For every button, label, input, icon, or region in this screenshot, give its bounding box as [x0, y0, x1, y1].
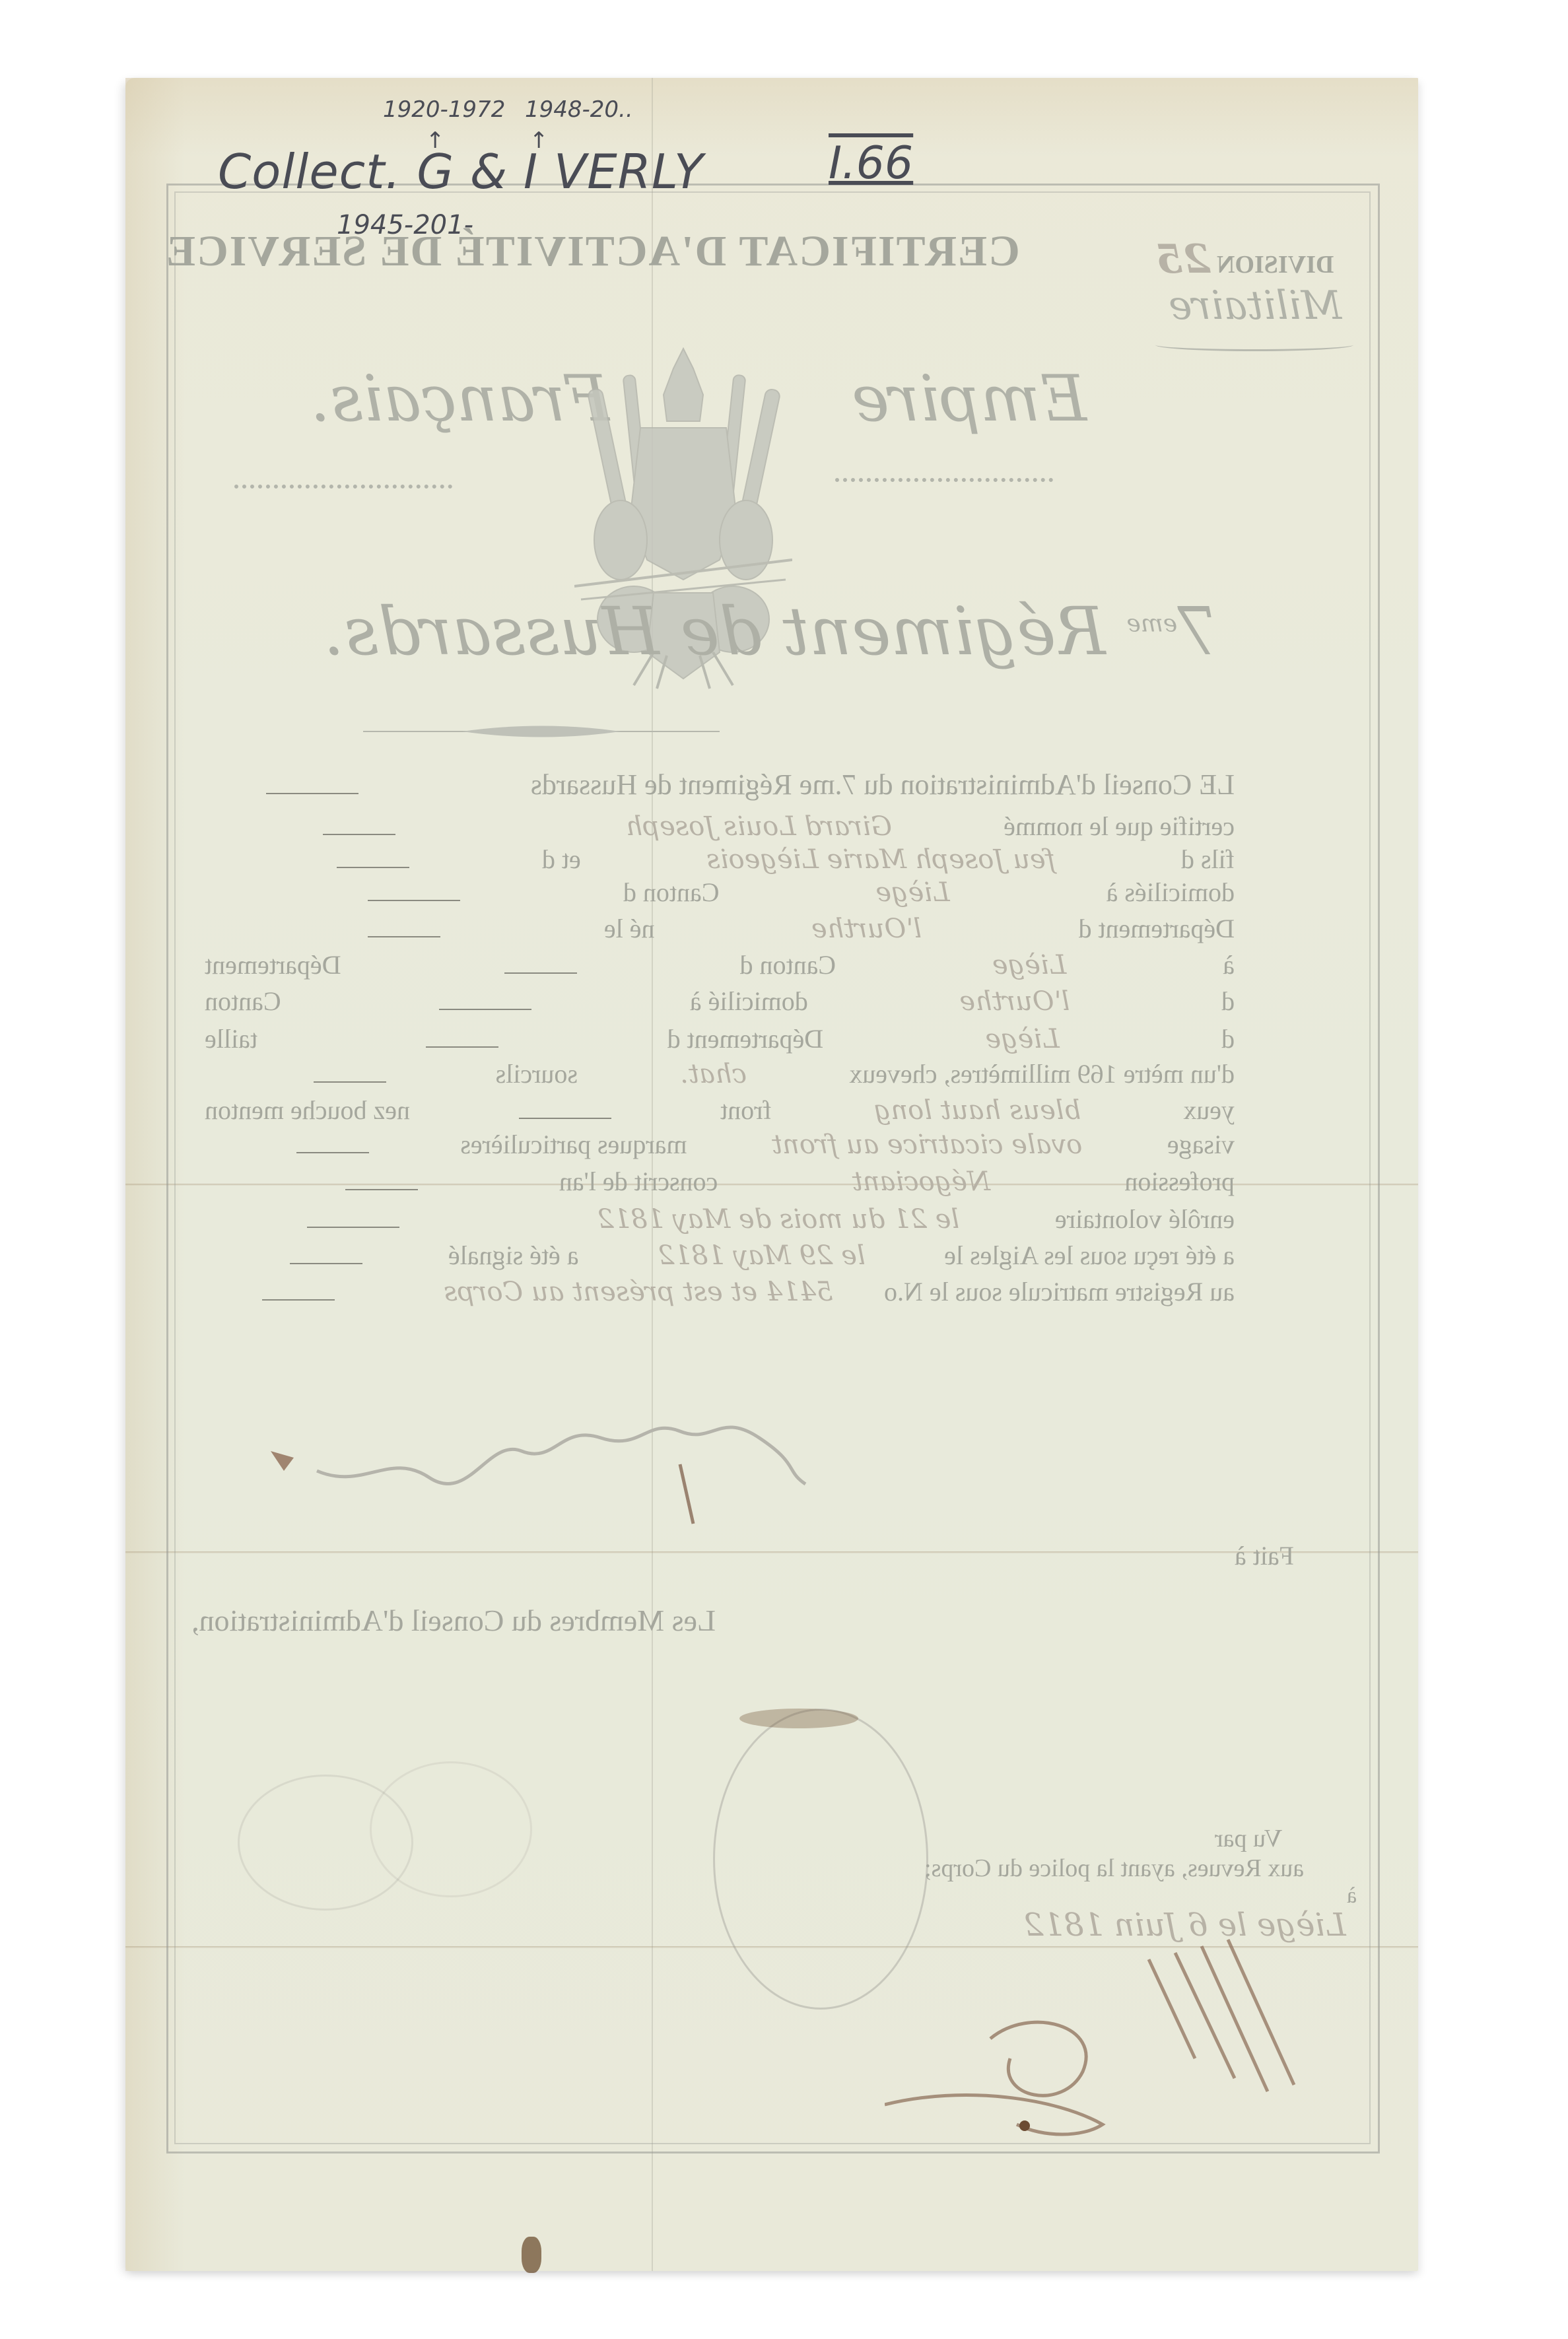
fait-a-text: Fait à: [1235, 1540, 1294, 1571]
body-row-content: au Registre matricule sous le N.o5414 et…: [205, 1276, 1235, 1307]
pencil-dates-i: 1948-20..: [525, 96, 633, 123]
form-blank-line: [262, 1299, 335, 1301]
row-tail-label: et d: [542, 844, 581, 875]
body-row-content: certifie que le nomméGirard Louis Joseph: [205, 811, 1235, 842]
body-row: professionNégociantconscrit de l'an: [205, 1166, 1235, 1197]
a-label: à: [1347, 1883, 1357, 1909]
division-militaire-text: Militaire: [1169, 283, 1342, 329]
handwritten-fill: Négociant: [852, 1167, 990, 1197]
form-blank-line: [323, 834, 395, 835]
certificate-paper: 1920-1972 1948-20.. ↑ ↑ Collect. G & I V…: [125, 78, 1418, 2271]
francais-text: Français.: [310, 362, 609, 436]
body-row: LE Conseil d'Administration du 7.me Régi…: [205, 768, 1235, 801]
handwritten-fill: l'Ourthe: [959, 986, 1070, 1017]
row-label: d'un mètre 169 millimètres, cheveux: [849, 1058, 1235, 1089]
pencil-dates-g: 1920-1972: [383, 96, 505, 123]
division-word: DIVISION: [1217, 251, 1334, 279]
handwritten-fill: Girard Louis Joseph: [626, 811, 892, 842]
body-row: Département dl'Ourthené le: [205, 913, 1235, 944]
body-row: fils dfeu Joseph Marie Liègeoiset d: [205, 844, 1235, 875]
handwritten-fill: Liège: [875, 877, 949, 908]
form-blank-line: [368, 900, 460, 901]
row-tail-label: Département d: [667, 1023, 824, 1054]
row-tail-label: Canton d: [739, 949, 836, 980]
row-label: fils d: [1181, 844, 1235, 875]
division-flourish: [1155, 339, 1353, 351]
row-tail-label: conscrit de l'an: [559, 1166, 718, 1197]
body-row-content: enrôlé volontairele 21 du mois de May 18…: [205, 1203, 1235, 1235]
body-row-content: dLiègeDépartement dtaille: [205, 1023, 1235, 1054]
body-row-content: dl'Ourthedomicilié àCanton: [205, 986, 1235, 1017]
body-row-content: d'un mètre 169 millimètres, cheveuxchat.…: [205, 1058, 1235, 1089]
body-row: dl'Ourthedomicilié àCanton: [205, 986, 1235, 1017]
division-number: 25: [1155, 236, 1211, 283]
regiment-number: 7: [1177, 593, 1219, 670]
division-label: DIVISION 25: [1155, 236, 1334, 283]
row-end-label: Département: [205, 949, 341, 980]
handwritten-fill: ovale cicatrice au front: [772, 1130, 1082, 1160]
row-label: a été reçu sous les Aigles le: [944, 1240, 1235, 1271]
revues-line: aux Revues, ayant la police du Corps;: [924, 1854, 1304, 1883]
vu-par-text: Vu par: [1215, 1824, 1282, 1853]
form-blank-line: [439, 1009, 531, 1010]
empire-word: Empire: [852, 362, 1087, 436]
body-row-content: visageovale cicatrice au frontmarques pa…: [205, 1129, 1235, 1160]
row-label: à: [1223, 949, 1235, 980]
handwritten-fill: le 21 du mois de May 1812: [597, 1204, 959, 1235]
form-blank-line: [290, 1263, 362, 1264]
body-row-content: professionNégociantconscrit de l'an: [205, 1166, 1235, 1197]
form-blank-line: [314, 1081, 386, 1083]
body-row-content: fils dfeu Joseph Marie Liègeoiset d: [205, 844, 1235, 875]
body-row: a été reçu sous les Aigles lele 29 May 1…: [205, 1240, 1235, 1271]
body-row: domiciliés àLiègeCanton d: [205, 877, 1235, 908]
certificate-title: CERTIFICAT D'ACTIVITÉ DE SERVICE: [165, 226, 1020, 277]
handwritten-fill: Liège: [985, 1024, 1059, 1054]
empire-text: Empire: [852, 362, 1087, 436]
handwritten-fill: le 29 May 1812: [658, 1240, 866, 1271]
signature-ghost-right: [370, 1761, 532, 1897]
row-tail-label: front: [720, 1095, 772, 1126]
francais-word: Français.: [310, 362, 609, 436]
body-row-content: a été reçu sous les Aigles lele 29 May 1…: [205, 1240, 1235, 1271]
body-row: enrôlé volontairele 21 du mois de May 18…: [205, 1203, 1235, 1235]
handwritten-fill: chat.: [680, 1059, 747, 1089]
handwritten-fill: feu Joseph Marie Liègeois: [706, 844, 1055, 875]
division-text: DIVISION 25: [1155, 236, 1334, 283]
regiment-heading-text: 7eme Régiment de Hussards.: [324, 593, 1219, 670]
body-row-content: domiciliés àLiègeCanton d: [205, 877, 1235, 908]
seal-ink-mark: [739, 1709, 858, 1728]
regiment-heading: 7eme Régiment de Hussards.: [324, 593, 1219, 670]
regiment-suffix: eme: [1126, 611, 1177, 638]
row-tail-label: Canton d: [623, 877, 720, 908]
row-label: au Registre matricule sous le N.o: [884, 1276, 1235, 1307]
signature-flourish-icon: [257, 1411, 852, 1530]
revues-line-text: aux Revues, ayant la police du Corps;: [924, 1854, 1304, 1883]
pencil-inventory-number: I.66: [829, 137, 913, 189]
body-row: d'un mètre 169 millimètres, cheveuxchat.…: [205, 1058, 1235, 1089]
row-end-label: nez bouche menton: [205, 1095, 410, 1126]
division-militaire: Militaire: [1169, 283, 1342, 329]
body-row-content: LE Conseil d'Administration du 7.me Régi…: [205, 768, 1235, 801]
row-tail-label: sourcils: [496, 1058, 578, 1089]
row-label: Département d: [1078, 913, 1235, 944]
pencil-collection-label: Collect. G & I VERLY: [218, 144, 704, 199]
row-label: visage: [1167, 1129, 1235, 1160]
row-label: enrôlé volontaire: [1055, 1203, 1235, 1235]
form-blank-line: [307, 1227, 399, 1228]
paper-stain: [522, 2237, 541, 2273]
form-blank-line: [504, 972, 577, 974]
body-row: au Registre matricule sous le N.o5414 et…: [205, 1276, 1235, 1307]
officer-signature-icon: [885, 1926, 1347, 2144]
row-label: certifie que le nommé: [1004, 811, 1235, 842]
body-row-content: àLiègeCanton dDépartement: [205, 949, 1235, 980]
body-row: yeuxbleus haut longfrontnez bouche mento…: [205, 1095, 1235, 1126]
form-blank-line: [426, 1046, 498, 1048]
row-end-label: taille: [205, 1023, 257, 1054]
body-row: certifie que le nomméGirard Louis Joseph: [205, 811, 1235, 842]
form-blank-line: [266, 793, 358, 794]
body-row: àLiègeCanton dDépartement: [205, 949, 1235, 980]
row-tail-label: a été signalé: [448, 1240, 579, 1271]
vu-par-label: Vu par: [1215, 1824, 1282, 1853]
council-members-label: Les Membres du Conseil d'Administration,: [191, 1603, 716, 1638]
body-row-content: yeuxbleus haut longfrontnez bouche mento…: [205, 1095, 1235, 1126]
body-row-content: Département dl'Ourthené le: [205, 913, 1235, 944]
body-row: dLiègeDépartement dtaille: [205, 1023, 1235, 1054]
ornament-divider-icon: [363, 722, 720, 741]
form-blank-line: [296, 1152, 369, 1153]
row-tail-label: domicilié à: [690, 986, 808, 1017]
row-label: d: [1221, 1023, 1235, 1054]
row-end-label: Canton: [205, 986, 281, 1017]
fait-a-label: Fait à: [1235, 1540, 1294, 1571]
council-members-text: Les Membres du Conseil d'Administration,: [191, 1603, 716, 1638]
handwritten-fill: bleus haut long: [874, 1095, 1081, 1126]
handwritten-fill: Liège: [992, 950, 1066, 980]
row-label: yeux: [1183, 1095, 1235, 1126]
row-label: domiciliés à: [1107, 877, 1235, 908]
row-label: profession: [1124, 1166, 1235, 1197]
form-blank-line: [368, 936, 440, 937]
form-blank-line: [519, 1118, 611, 1119]
row-label: LE Conseil d'Administration du 7.me Régi…: [531, 768, 1235, 801]
ornament-wave-left: [234, 474, 452, 489]
handwritten-fill: l'Ourthe: [811, 914, 922, 944]
form-blank-line: [337, 867, 409, 868]
regiment-name: Régiment de Hussards.: [324, 593, 1106, 670]
body-row: visageovale cicatrice au frontmarques pa…: [205, 1129, 1235, 1160]
form-blank-line: [345, 1189, 418, 1190]
certificate-title-text: CERTIFICAT D'ACTIVITÉ DE SERVICE: [165, 226, 1020, 277]
a-text: à: [1347, 1883, 1357, 1909]
row-tail-label: marques particulières: [460, 1129, 687, 1160]
row-tail-label: né le: [604, 913, 655, 944]
row-label: d: [1221, 986, 1235, 1017]
handwritten-fill: 5414 et est présent au Corps: [444, 1277, 833, 1307]
ornament-wave-right: [835, 467, 1053, 482]
